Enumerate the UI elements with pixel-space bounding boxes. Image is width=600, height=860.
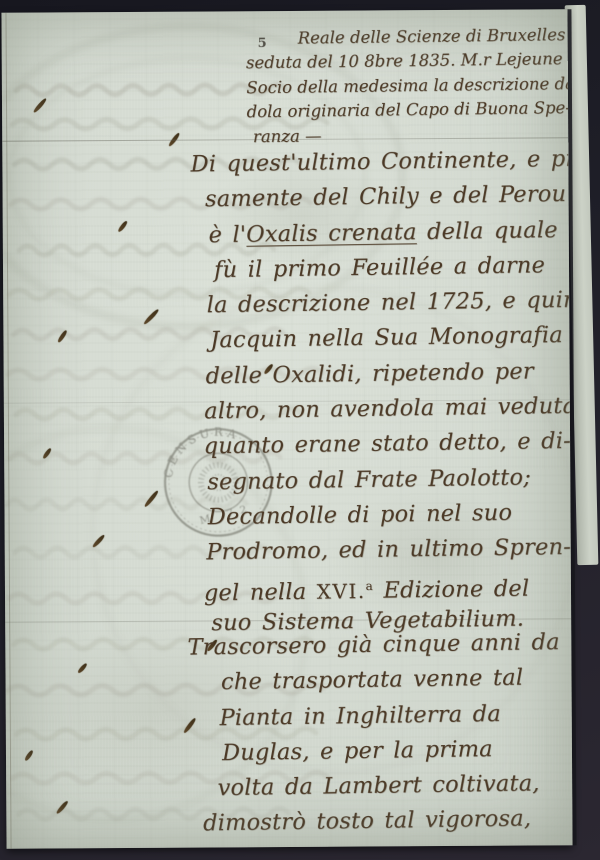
text-line: gel nella XVI.a Edizione del [189, 565, 573, 607]
text-segment: gel nella [204, 578, 317, 606]
text-line: Trascorsero già cinque anni da [185, 625, 560, 666]
ink-blot [42, 447, 52, 459]
ink-blot [168, 132, 181, 147]
ink-blot [77, 662, 88, 674]
text-line: fù il primo Feuillée a darne [184, 247, 573, 289]
text-line: quanto erane stato detto, e di- [186, 424, 572, 466]
text-line: Decandolle di poi nel suo [188, 494, 573, 536]
text-segment: Edizione del [373, 575, 530, 603]
text-line: che trasportata venne tal [186, 660, 561, 701]
text-line: Prodromo, ed in ultimo Spren- [188, 529, 573, 571]
text-line: Di quest'ultimo Continente, e preci- [182, 141, 572, 183]
header-line: dola originaria del Capo di Buona Spe- [247, 96, 573, 125]
ink-blot [143, 308, 160, 325]
ink-blot [57, 329, 68, 343]
roman-numeral: XVI. [317, 579, 366, 604]
text-line: la descrizione nel 1725, e quindi [184, 282, 572, 324]
body-paragraph-1: Di quest'ultimo Continente, e preci- sam… [182, 141, 572, 642]
text-line: volta da Lambert coltivata, [187, 766, 562, 807]
ink-blot [33, 97, 48, 113]
ink-blot [92, 534, 106, 548]
body-paragraph-2: Trascorsero già cinque anni da che trasp… [185, 625, 562, 842]
header-annotation: Reale delle Scienze di Bruxelles nella s… [246, 22, 573, 149]
manuscript-page: 5 CENSURA M 72 Reale delle Scienze [1, 9, 572, 848]
ink-blot [117, 220, 128, 233]
text-line: è l'Oxalis crenata della quale [183, 212, 572, 254]
ink-blot [55, 800, 69, 815]
text-line: Pianta in Inghilterra da [186, 696, 561, 737]
page-edge-line [5, 13, 11, 849]
manuscript-photo: 5 CENSURA M 72 Reale delle Scienze [0, 0, 600, 860]
text-line: Duglas, e per la prima [187, 731, 562, 772]
underlined-species-name: Oxalis crenata [246, 219, 417, 248]
text-segment: è l' [208, 221, 246, 248]
text-line: Jacquin nella Sua Monografia [185, 318, 573, 360]
text-line: altro, non avendola mai veduta, [186, 388, 573, 430]
text-line: segnato dal Frate Paolotto; [187, 459, 573, 501]
text-segment: della quale [417, 217, 558, 245]
text-line: dimostrò tosto tal vigorosa, [188, 802, 563, 843]
text-line: samente del Chily e del Perou [183, 176, 573, 218]
ink-blot [24, 750, 34, 762]
text-line: delle Oxalidi, ripetendo per [185, 353, 572, 395]
